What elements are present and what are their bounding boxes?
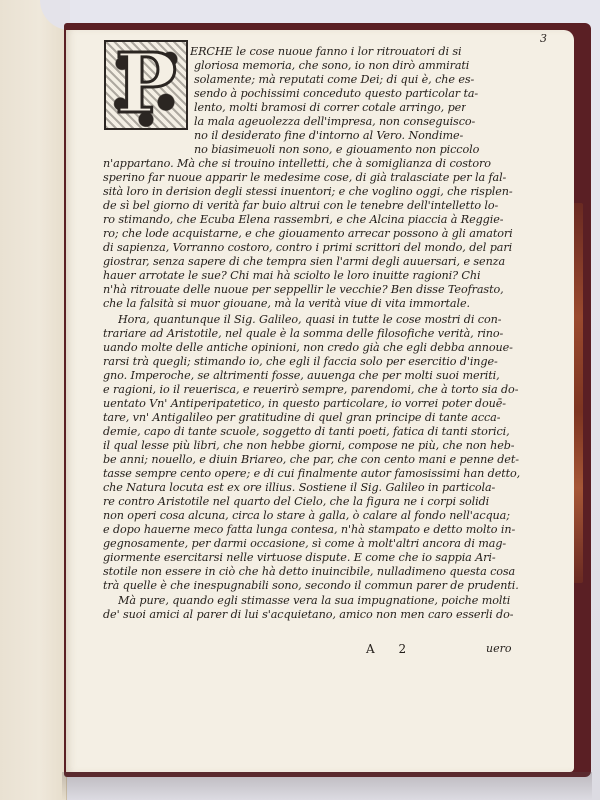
text-line: de sì bel giorno di verità far buio altr… [103,199,498,214]
dropcap-letter: P [106,40,186,130]
text-line: solamente; mà reputati come Dei; di qui … [194,73,474,88]
decorated-initial: P [104,40,188,130]
text-line: tasse sempre cento opere; e di cui final… [103,467,520,482]
text-line: be anni; nouello, e diuin Briareo, che p… [103,453,519,468]
text-line: gno. Imperoche, se altrimenti fosse, auu… [103,369,500,384]
text-line: giormente esercitarsi nelle virtuose dis… [103,551,496,566]
text-line: n'hà ritrouate delle nuoue per seppellir… [103,283,504,298]
text-line: sperino far nuoue apparir le medesime co… [103,171,506,186]
text-line: uentato Vn' Antiperipatetico, in questo … [103,397,506,412]
text-line: e dopo hauerne meco fatta lunga contesa,… [103,523,515,538]
text-line: il qual lesse più libri, che non hebbe g… [103,439,514,454]
text-line: no il desiderato fine d'intorno al Vero.… [194,129,463,144]
catchword: uero [486,642,511,655]
text-line: la mala ageuolezza dell'impresa, non con… [194,115,475,130]
text-line: sendo à pochissimi conceduto questo part… [194,87,478,102]
text-line: che la falsità si muor giouane, mà la ve… [103,297,470,312]
book-page: 3 P ERCHE le cose nuoue fanno i lor ritr… [66,30,574,772]
text-line: non operi cosa alcuna, circa lo stare à … [103,509,510,524]
text-line: re contro Aristotile nel quarto del Ciel… [103,495,489,510]
text-line: lento, molti bramosi di correr cotale ar… [194,101,466,116]
text-line: ro; che lode acquistarne, e che giouamen… [103,227,513,242]
text-line: sità loro in derision degli stessi inuen… [103,185,513,200]
text-line: e ragioni, io il reuerisca, e reuerirò s… [103,383,518,398]
text-line: Hora, quantunque il Sig. Galileo, quasi … [118,313,501,328]
signature-mark: A 2 [366,642,416,656]
text-line: rarsi trà quegli; stimando io, che egli … [103,355,498,370]
page-number: 3 [540,32,547,45]
text-line: giostrar, senza sapere di che tempra sie… [103,255,505,270]
text-line: di sapienza, Vorranno costoro, contro i … [103,241,512,256]
text-line: uando molte delle antiche opinioni, non … [103,341,513,356]
text-line: tare, vn' Antigalileo per gratitudine di… [103,411,500,426]
text-line: hauer arrotate le sue? Chi mai hà sciolt… [103,269,480,284]
text-line: no biasimeuoli non sono, e giouamento no… [194,143,479,158]
text-line: trà quelle è che inespugnabili sono, sec… [103,579,519,594]
text-line: ERCHE le cose nuoue fanno i lor ritrouat… [190,45,462,60]
text-line: stotile non essere in ciò che hà detto i… [103,565,515,580]
text-line: trariare ad Aristotile, nel quale è la s… [103,327,503,342]
text-line: demie, capo di tante scuole, soggetto di… [103,425,510,440]
text-line: che Natura locuta est ex ore illius. Sos… [103,481,495,496]
text-line: Mà pure, quando egli stimasse vera la su… [118,594,510,609]
book-shadow [62,772,592,800]
text-line: ro stimando, che Ecuba Elena rassembri, … [103,213,503,228]
text-line: n'appartano. Mà che si trouino intellett… [103,157,491,172]
left-page-edge [0,0,67,800]
text-line: de' suoi amici al parer di lui s'acquiet… [103,608,513,623]
text-line: gloriosa memoria, che sono, io non dirò … [194,59,469,74]
text-line: gegnosamente, per darmi occasione, sì co… [103,537,506,552]
